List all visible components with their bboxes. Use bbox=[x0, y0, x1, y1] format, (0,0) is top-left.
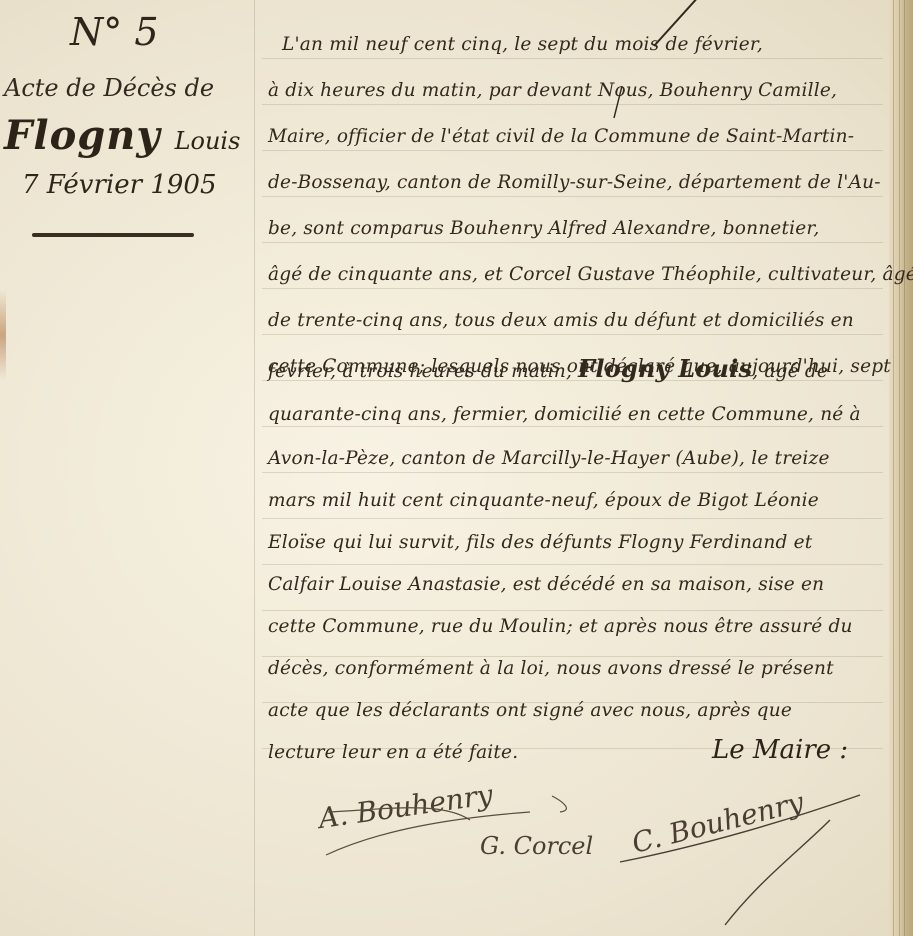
body-line: lecture leur en a été faite. bbox=[268, 742, 518, 763]
register-page: N° 5 Acte de Décès de FlognyLouis 7 Févr… bbox=[0, 0, 913, 936]
signature-flourishes bbox=[0, 0, 913, 936]
